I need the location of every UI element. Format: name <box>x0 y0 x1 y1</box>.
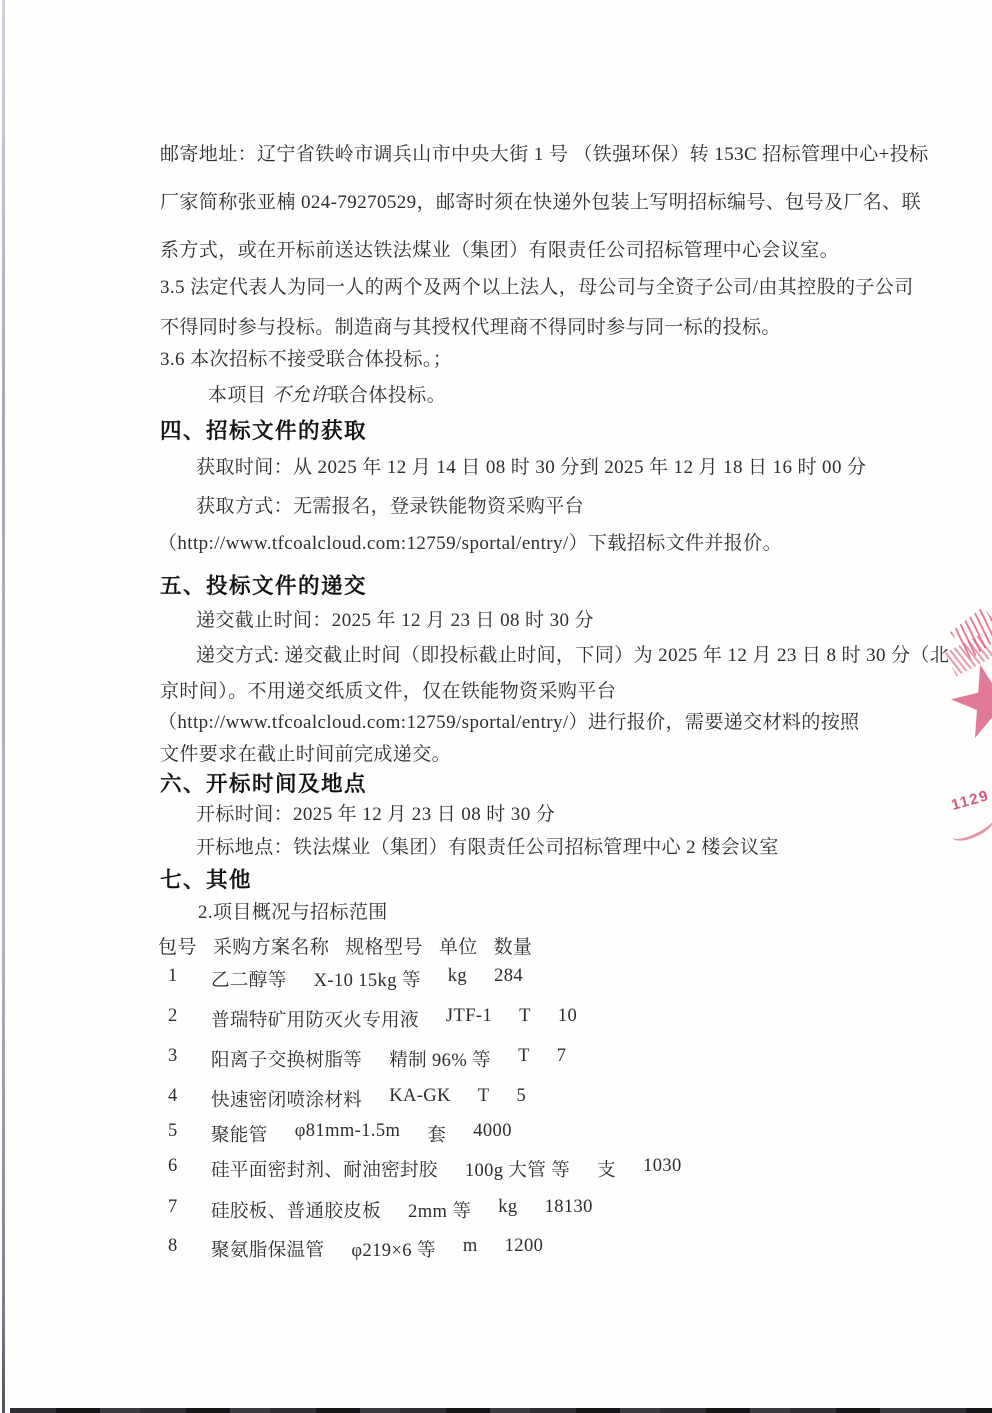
paragraph-line: 不得同时参与投标。制造商与其授权代理商不得同时参与同一标的投标。 <box>160 308 914 348</box>
note-suffix: 联合体投标。 <box>330 385 446 406</box>
table-row: 4 快速密闭喷涂材料 KA-GK T 5 <box>168 1086 526 1112</box>
table-row: 3 阳离子交换树脂等 精制 96% 等 T 7 <box>168 1046 566 1072</box>
acquisition-method-line: 获取方式：无需报名，登录铁能物资采购平台 <box>196 491 584 518</box>
cell-qty: 5 <box>517 1086 527 1112</box>
cell-package-no: 1 <box>168 966 184 992</box>
scan-edge-left <box>2 0 5 1413</box>
cell-unit: 套 <box>427 1121 446 1147</box>
cell-spec: 2mm 等 <box>408 1197 471 1223</box>
cell-unit: T <box>518 1046 530 1072</box>
cell-qty: 4000 <box>473 1121 512 1147</box>
note-emphasis: 不允许 <box>271 385 329 406</box>
download-url-line: （http://www.tfcoalcloud.com:12759/sporta… <box>158 528 782 555</box>
submission-method-cont-line: 京时间）。不用递交纸质文件，仅在铁能物资采购平台 <box>160 676 616 703</box>
cell-qty: 7 <box>557 1046 567 1072</box>
cell-spec: φ81mm-1.5m <box>295 1121 401 1147</box>
cell-unit: kg <box>448 966 467 992</box>
submission-method-line: 递交方式: 递交截止时间（即投标截止时间，下同）为 2025 年 12 月 23… <box>196 640 949 667</box>
scanned-document-page: 邮寄地址：辽宁省铁岭市调兵山市中央大街 1 号 （铁强环保）转 153C 招标管… <box>0 0 992 1413</box>
table-row: 6 硅平面密封剂、耐油密封胶 100g 大管 等 支 1030 <box>168 1156 682 1182</box>
cell-package-no: 5 <box>168 1121 184 1147</box>
cell-qty: 1030 <box>643 1156 682 1182</box>
cell-unit: T <box>478 1086 490 1112</box>
cell-spec: 精制 96% 等 <box>389 1046 491 1072</box>
col-header: 数量 <box>494 932 533 959</box>
submission-note-line: 文件要求在截止时间前完成递交。 <box>160 739 451 766</box>
cell-spec: KA-GK <box>389 1086 451 1112</box>
section-heading-opening: 六、开标时间及地点 <box>160 767 367 798</box>
cell-item-name: 聚氨脂保温管 <box>211 1236 324 1262</box>
star-icon: ★ <box>936 643 992 757</box>
submission-deadline-line: 递交截止时间：2025 年 12 月 23 日 08 时 30 分 <box>196 605 594 632</box>
cell-unit: m <box>463 1236 478 1262</box>
bid-url-line: （http://www.tfcoalcloud.com:12759/sporta… <box>158 707 860 734</box>
cell-package-no: 6 <box>168 1156 184 1182</box>
col-header: 包号 <box>158 932 197 959</box>
cell-package-no: 2 <box>168 1006 184 1032</box>
table-header: 包号 采购方案名称 规格型号 单位 数量 <box>158 932 532 959</box>
scan-edge-bottom <box>10 1408 992 1413</box>
section-heading-bid-submission: 五、投标文件的递交 <box>160 569 367 600</box>
paragraph-line: 邮寄地址：辽宁省铁岭市调兵山市中央大街 1 号 （铁强环保）转 153C 招标管… <box>160 131 929 179</box>
cell-package-no: 7 <box>168 1197 184 1223</box>
cell-qty: 284 <box>494 966 523 992</box>
cell-spec: X-10 15kg 等 <box>314 966 421 992</box>
cell-item-name: 聚能管 <box>211 1121 268 1147</box>
acquisition-time-line: 获取时间：从 2025 年 12 月 14 日 08 时 30 分到 2025 … <box>196 452 866 479</box>
cell-package-no: 4 <box>168 1086 184 1112</box>
mailing-address-paragraph: 邮寄地址：辽宁省铁岭市调兵山市中央大街 1 号 （铁强环保）转 153C 招标管… <box>160 131 929 275</box>
cell-item-name: 硅胶板、普通胶皮板 <box>211 1197 381 1223</box>
table-row: 7 硅胶板、普通胶皮板 2mm 等 kg 18130 <box>168 1197 593 1223</box>
cell-spec: φ219×6 等 <box>351 1236 435 1262</box>
cell-item-name: 乙二醇等 <box>211 966 287 992</box>
col-header: 规格型号 <box>345 932 423 959</box>
cell-spec: 100g 大管 等 <box>465 1156 570 1182</box>
cell-unit: kg <box>498 1197 517 1223</box>
cell-item-name: 快速密闭喷涂材料 <box>211 1086 362 1112</box>
opening-time-line: 开标时间：2025 年 12 月 23 日 08 时 30 分 <box>196 799 555 826</box>
cell-package-no: 8 <box>168 1236 184 1262</box>
clause-3-5: 3.5 法定代表人为同一人的两个及两个以上法人，母公司与全资子公司/由其控股的子… <box>160 268 914 348</box>
col-header: 采购方案名称 <box>213 932 329 959</box>
cell-qty: 10 <box>558 1006 577 1032</box>
cell-item-name: 硅平面密封剂、耐油密封胶 <box>211 1156 438 1182</box>
cell-qty: 18130 <box>545 1197 593 1223</box>
cell-unit: T <box>519 1006 531 1032</box>
paragraph-line: 厂家简称张亚楠 024-79270529，邮寄时须在快递外包装上写明招标编号、包… <box>160 179 929 227</box>
table-row: 1 乙二醇等 X-10 15kg 等 kg 284 <box>168 966 523 992</box>
clause-3-6: 3.6 本次招标不接受联合体投标。； <box>160 344 452 371</box>
opening-location-line: 开标地点：铁法煤业（集团）有限责任公司招标管理中心 2 楼会议室 <box>196 832 779 859</box>
cell-item-name: 普瑞特矿用防灭火专用液 <box>211 1006 419 1032</box>
col-header: 单位 <box>439 932 478 959</box>
cell-item-name: 阳离子交换树脂等 <box>211 1046 362 1072</box>
table-row: 8 聚氨脂保温管 φ219×6 等 m 1200 <box>168 1236 543 1262</box>
cell-qty: 1200 <box>505 1236 544 1262</box>
cell-spec: JTF-1 <box>446 1006 492 1032</box>
section-heading-doc-acquisition: 四、招标文件的获取 <box>160 414 367 445</box>
project-scope-line: 2.项目概况与招标范围 <box>198 897 388 924</box>
cell-package-no: 3 <box>168 1046 184 1072</box>
cell-unit: 支 <box>597 1156 616 1182</box>
table-row: 2 普瑞特矿用防灭火专用液 JTF-1 T 10 <box>168 1006 577 1032</box>
table-row: 5 聚能管 φ81mm-1.5m 套 4000 <box>168 1121 512 1147</box>
section-heading-other: 七、其他 <box>160 863 252 894</box>
paragraph-line: 3.5 法定代表人为同一人的两个及两个以上法人，母公司与全资子公司/由其控股的子… <box>160 268 914 308</box>
note-prefix: 本项目 <box>208 385 271 406</box>
joint-bid-note: 本项目 不允许联合体投标。 <box>208 380 446 407</box>
